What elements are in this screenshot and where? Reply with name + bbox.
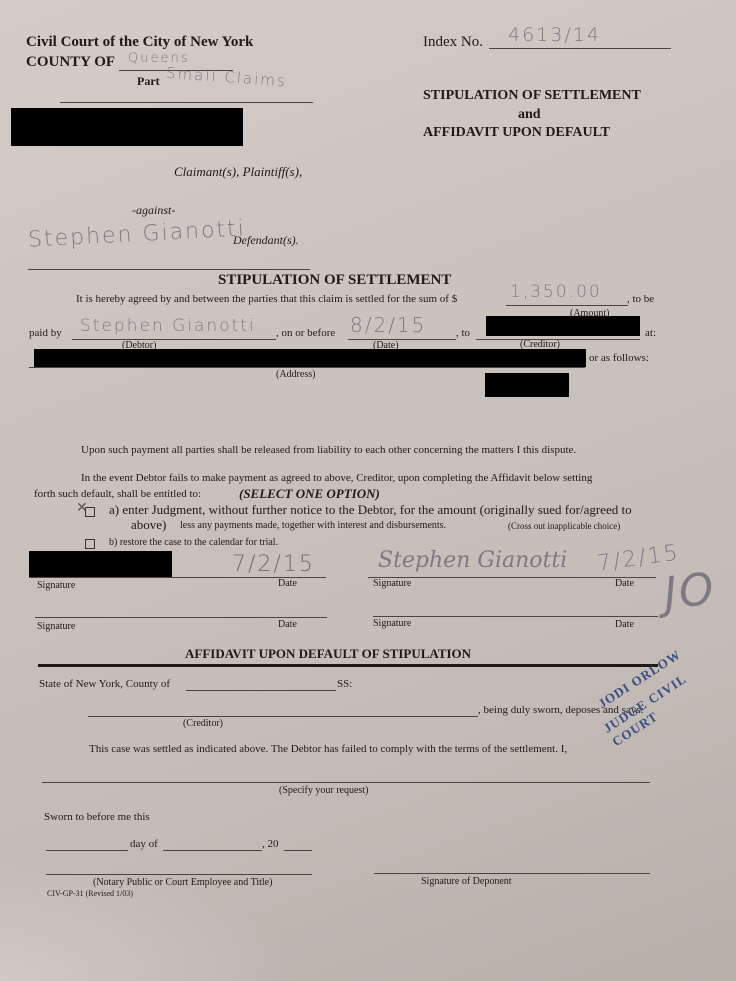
doc-title-line3: AFFIDAVIT UPON DEFAULT xyxy=(423,125,610,141)
option-b-checkbox[interactable] xyxy=(85,539,95,549)
option-a-above: above) xyxy=(131,517,166,533)
deponent-label: Signature of Deponent xyxy=(421,876,512,887)
default-text-2: forth such default, shall be entitled to… xyxy=(34,488,201,500)
claimant-label: Claimant(s), Plaintiff(s), xyxy=(174,164,302,180)
doc-title-line1: STIPULATION OF SETTLEMENT xyxy=(423,88,641,104)
redacted-address xyxy=(34,349,586,367)
year-field-line[interactable] xyxy=(284,850,312,851)
redacted-creditor xyxy=(486,316,640,336)
court-name: Civil Court of the City of New York xyxy=(26,34,253,51)
signature-line-2-left[interactable] xyxy=(35,617,327,618)
signature-label: Signature xyxy=(373,578,411,589)
debtor-field-line[interactable] xyxy=(72,339,276,340)
ss-label: SS: xyxy=(337,678,352,690)
option-b-text[interactable]: b) restore the case to the calendar for … xyxy=(109,537,278,548)
select-one-label: (SELECT ONE OPTION) xyxy=(239,486,380,502)
at-text: at: xyxy=(645,327,656,339)
defendant-signature: Stephen Gianotti xyxy=(378,548,567,573)
date-label: Date xyxy=(615,619,634,630)
part-value: Small Claims xyxy=(166,64,288,90)
default-statement: This case was settled as indicated above… xyxy=(89,743,567,755)
day-field-line[interactable] xyxy=(46,850,128,851)
part-field-line[interactable] xyxy=(60,102,313,103)
creditor-affidavit-field-line[interactable] xyxy=(88,716,478,717)
or-as-follows-text: or as follows: xyxy=(589,352,649,364)
year-prefix: , 20 xyxy=(262,838,279,850)
date-label: Date xyxy=(278,578,297,589)
redacted-terms xyxy=(485,373,569,397)
county-affidavit-field-line[interactable] xyxy=(186,690,336,691)
defendant-value: Stephen Gianotti xyxy=(27,216,246,252)
date-label: Date xyxy=(615,578,634,589)
on-or-before-text: , on or before xyxy=(276,327,335,339)
left-date-value: 7/2/15 xyxy=(232,552,315,577)
signature-line-2-right[interactable] xyxy=(373,616,658,617)
index-value: 4613/14 xyxy=(508,24,601,46)
to-text: , to xyxy=(456,327,470,339)
date-value: 8/2/15 xyxy=(350,313,426,337)
option-a-rest: less any payments made, together with in… xyxy=(180,520,446,531)
release-text: Upon such payment all parties shall be r… xyxy=(81,444,576,456)
signature-label: Signature xyxy=(37,580,75,591)
month-field-line[interactable] xyxy=(163,850,262,851)
defendant-label: Defendant(s). xyxy=(233,233,299,248)
request-field-line[interactable] xyxy=(42,782,650,783)
paid-by-label: paid by xyxy=(29,327,62,339)
against-label: -against- xyxy=(132,203,175,218)
affidavit-heading: AFFIDAVIT UPON DEFAULT OF STIPULATION xyxy=(185,646,471,662)
checkmark-x-icon: ✕ xyxy=(76,500,88,516)
redacted-claimant xyxy=(11,108,243,146)
affidavit-rule xyxy=(38,664,658,667)
redacted-signature xyxy=(29,551,172,577)
to-be-text: , to be xyxy=(627,293,654,305)
county-label: COUNTY OF xyxy=(26,54,115,71)
signature-label: Signature xyxy=(373,618,411,629)
settlement-sentence: It is hereby agreed by and between the p… xyxy=(76,293,457,305)
notary-signature-line[interactable] xyxy=(46,874,312,875)
day-of-text: day of xyxy=(130,838,158,850)
index-label: Index No. xyxy=(423,34,483,51)
index-field-line[interactable] xyxy=(489,48,671,49)
form-id: CIV-GP-31 (Revised 1/03) xyxy=(47,889,133,898)
amount-field-line[interactable] xyxy=(506,305,628,306)
date-field-line[interactable] xyxy=(348,339,456,340)
specify-request-label: (Specify your request) xyxy=(279,785,368,796)
notary-label: (Notary Public or Court Employee and Tit… xyxy=(93,877,272,888)
part-label: Part xyxy=(137,74,160,89)
doc-title-line2: and xyxy=(518,107,541,123)
state-line-label: State of New York, County of xyxy=(39,678,170,690)
option-a-text[interactable]: a) enter Judgment, without further notic… xyxy=(109,502,632,518)
address-label: (Address) xyxy=(276,369,315,380)
creditor-affidavit-label: (Creditor) xyxy=(183,718,223,729)
amount-value: 1,350.00 xyxy=(510,282,602,302)
caption-divider xyxy=(28,269,310,270)
cross-out-note: (Cross out inapplicable choice) xyxy=(508,521,620,531)
judge-initials: JO xyxy=(661,563,718,619)
sworn-before-text: Sworn to before me this xyxy=(44,811,150,823)
deponent-signature-line[interactable] xyxy=(374,873,650,874)
date-label: Date xyxy=(278,619,297,630)
stipulation-heading: STIPULATION OF SETTLEMENT xyxy=(218,272,451,289)
address-field-line[interactable] xyxy=(29,367,585,368)
default-text-1: In the event Debtor fails to make paymen… xyxy=(81,472,592,484)
debtor-value: Stephen Gianotti xyxy=(80,316,256,336)
signature-label: Signature xyxy=(37,621,75,632)
